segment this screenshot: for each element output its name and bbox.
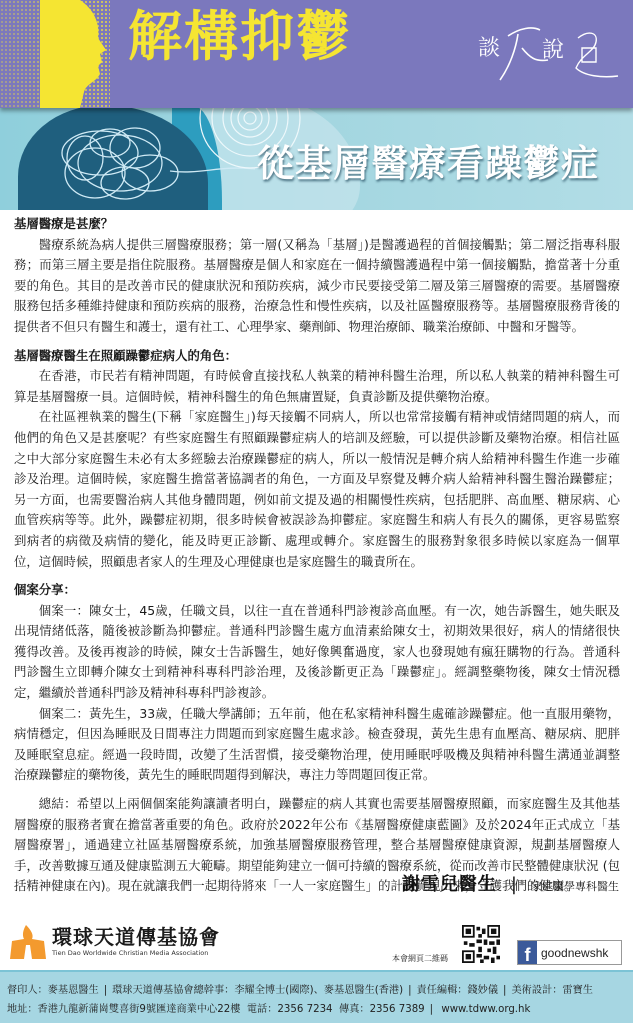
paragraph: 在社區裡執業的醫生(下稱「家庭醫生」)每天接觸不同病人，所以也常常接觸有精神或情… [14, 407, 620, 572]
org-emblem-icon [10, 925, 46, 959]
article-banner: 從基層醫療看躁鬱症 [0, 105, 633, 210]
section-case-sharing: 個案分享： 個案一：陳女士，45歲，任職文員，以往一直在普通科門診複診高血壓。有… [14, 580, 620, 786]
section-heading: 基層醫療是甚麼？ [14, 214, 620, 235]
publisher-credit: 督印人：麥基恩醫生 [7, 985, 99, 996]
qr-code-label: 本會網頁二維碼 [392, 953, 448, 964]
facebook-handle: goodnewshk [541, 946, 608, 960]
website-link[interactable]: www.tdww.org.hk [441, 1004, 530, 1015]
series-banner: 解構抑鬱 談 說 [0, 0, 633, 108]
facebook-page-link[interactable]: f goodnewshk [517, 940, 622, 965]
paragraph-case-2: 個案二：黃先生，33歲，任職大學講師；五年前，他在私家精神科醫生處確診躁鬱症。他… [14, 704, 620, 786]
qr-code-icon[interactable] [462, 925, 500, 963]
author-role: 家庭醫學專科醫生 [531, 878, 619, 894]
credits-row-staff: 督印人：麥基恩醫生|環球天道傳基協會總幹事：李耀全博士(國際)、麥基恩醫生(香港… [7, 981, 627, 1000]
fax: 傳真：2356 7389 [339, 1004, 425, 1015]
series-title: 解構抑鬱 [128, 10, 352, 64]
section-what-is-primary-care: 基層醫療是甚麼？ 醫療系統為病人提供三層醫療服務；第一層(又稱為「基層」)是醫護… [14, 214, 620, 338]
brand-char-1: 談 [478, 38, 500, 60]
credits-row-contact: 地址：香港九龍新蒲崗雙喜街9號匯達商業中心22樓 電話：2356 7234 傳真… [7, 1000, 627, 1019]
section-heading: 個案分享： [14, 580, 620, 601]
yellow-face-silhouette-icon [40, 0, 120, 108]
director-credit: 環球天道傳基協會總幹事：李耀全博士(國際)、麥基恩醫生(香港) [112, 985, 403, 996]
phone: 電話：2356 7234 [247, 1004, 333, 1015]
org-name-en: Tien Dao Worldwide Christian Media Assoc… [52, 949, 220, 957]
section-doctor-role: 基層醫療醫生在照顧躁鬱症病人的角色： 在香港，市民若有精神問題，有時候會直接找私… [14, 346, 620, 573]
author-name: 謝雪兒醫生 [402, 870, 497, 896]
facebook-icon: f [518, 941, 537, 964]
paragraph-case-1: 個案一：陳女士，45歲，任職文員，以往一直在普通科門診複診高血壓。有一次，她告訴… [14, 601, 620, 704]
byline-separator: | [511, 874, 517, 895]
address: 地址：香港九龍新蒲崗雙喜街9號匯達商業中心22樓 [7, 1004, 240, 1015]
brand-mark-logo: 談 說 [470, 18, 620, 88]
org-name-zh: 環球天道傳基協會 [52, 927, 220, 947]
paragraph: 醫療系統為病人提供三層醫療服務；第一層(又稱為「基層」)是醫護過程的首個接觸點；… [14, 235, 620, 338]
brand-char-3: 說 [542, 40, 564, 62]
article-title: 從基層醫療看躁鬱症 [257, 145, 599, 182]
article-body: 基層醫療是甚麼？ 醫療系統為病人提供三層醫療服務；第一層(又稱為「基層」)是醫護… [14, 214, 620, 897]
editor-credit: 責任編輯：錢妙儀 [417, 985, 499, 996]
credits-band: 督印人：麥基恩醫生|環球天道傳基協會總幹事：李耀全博士(國際)、麥基恩醫生(香港… [0, 970, 633, 1023]
paragraph: 在香港，市民若有精神問題，有時候會直接找私人執業的精神科醫生治理，所以私人執業的… [14, 366, 620, 407]
organization-logo[interactable]: 環球天道傳基協會 Tien Dao Worldwide Christian Me… [10, 925, 220, 959]
designer-credit: 美術設計：雷寶生 [511, 985, 593, 996]
section-heading: 基層醫療醫生在照顧躁鬱症病人的角色： [14, 346, 620, 367]
author-byline: 謝雪兒醫生 | 家庭醫學專科醫生 [402, 870, 619, 896]
